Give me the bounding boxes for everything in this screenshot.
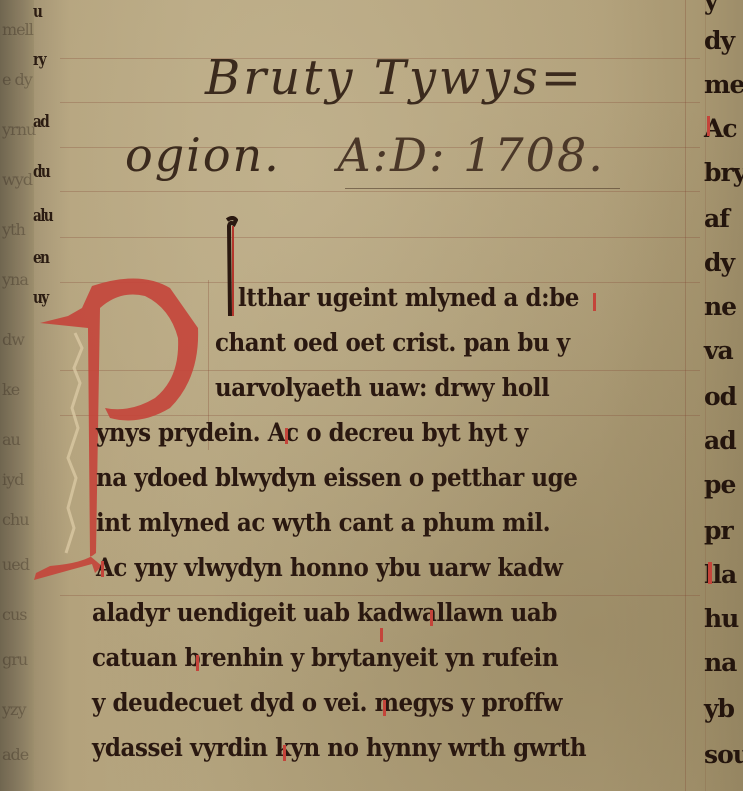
rubric-touch bbox=[283, 745, 286, 761]
rubric-touch bbox=[430, 610, 433, 626]
rubric-touch bbox=[196, 655, 199, 671]
text-line-8: aladyr uendigeit uab kadwallawn uab bbox=[92, 598, 557, 627]
ruling-margin bbox=[685, 0, 686, 791]
text-line-6: int mlyned ac wyth cant a phum mil. bbox=[96, 508, 550, 537]
left-column-fragments: u ry ad du alu en uy bbox=[33, 0, 55, 300]
rubric-touch bbox=[707, 116, 710, 136]
rubric-touch bbox=[593, 293, 596, 311]
manuscript-page: mell e dy yrnu wyd yth yna dw ke au iyd … bbox=[0, 0, 743, 791]
title-underline bbox=[345, 188, 620, 189]
text-line-7: Ac yny vlwydyn honno ybu uarw kadw bbox=[96, 553, 562, 582]
text-line-3: uarvolyaeth uaw: drwy holl bbox=[215, 373, 549, 402]
title-annotation-line1: Bruty Tywys= bbox=[205, 50, 584, 106]
ruling-line bbox=[60, 237, 700, 238]
facing-page-edge: mell e dy yrnu wyd yth yna dw ke au iyd … bbox=[0, 0, 34, 791]
rubric-touch bbox=[101, 561, 104, 577]
text-line-4: ynys prydein. Ac o decreu byt hyt y bbox=[96, 418, 528, 447]
text-line-2: chant oed oet crist. pan bu y bbox=[215, 328, 570, 357]
text-line-9: catuan brenhin y brytanyeit yn rufein bbox=[92, 643, 558, 672]
ruling-line bbox=[60, 191, 700, 192]
rubric-touch bbox=[708, 562, 712, 584]
text-line-1: ltthar ugeint mlyned a d:be bbox=[238, 283, 579, 312]
title-word: ogion. bbox=[125, 128, 281, 182]
title-annotation-line2: ogion. A:D: 1708. bbox=[125, 128, 605, 182]
title-date: A:D: 1708. bbox=[337, 128, 604, 182]
rubric-touch bbox=[285, 428, 288, 444]
text-line-10: y deudecuet dyd o vei. megys y proffw bbox=[92, 688, 562, 717]
rubric-touch bbox=[380, 628, 383, 642]
text-line-5: na ydoed blwydyn eissen o petthar uge bbox=[96, 463, 577, 492]
secondary-initial-l bbox=[224, 216, 238, 326]
text-line-11: ydassei vyrdin kyn no hynny wrth gwrth bbox=[92, 733, 586, 762]
rubric-touch bbox=[383, 700, 386, 716]
